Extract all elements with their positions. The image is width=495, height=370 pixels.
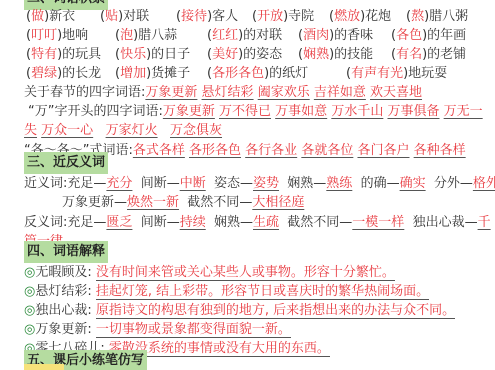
word: 万不得已 [219,104,271,119]
word: 各就各位 [301,143,353,158]
word: 万念俱灰 [170,123,222,138]
synonyms-line-2: 万象更新—焕然一新 截然不同—大相径庭 [62,192,304,214]
word: 各式各样 [133,143,185,158]
synonym-label: 近义词: [24,176,67,191]
word: 万事俱备 [387,104,439,119]
word: 万众一心 [41,123,93,138]
bullet-circle-icon: ◎ [24,265,35,280]
spring-label: 关于春节的四字词语: [24,85,145,100]
wan-label: “万”字开头的四字词语: [28,104,163,119]
word: 欢天喜地 [370,85,422,100]
word: 各种各样 [414,143,466,158]
section-heading-definitions: 四、词语解释 [24,241,108,263]
bullet-circle-icon: ◎ [24,303,35,318]
word: 万象更新 [145,85,197,100]
word: 万事如意 [275,104,327,119]
word: 万象更新 [163,104,215,119]
word: 各行各业 [245,143,297,158]
word: 悬灯结彩 [202,85,254,100]
word: 万家灯火 [106,123,158,138]
bullet-circle-icon: ◎ [24,284,35,299]
word: 万无一 [444,104,483,119]
word: 各门各户 [357,143,409,158]
wan-words-line-2: 失 万众一心 万家灯火 万念俱灰 [24,120,222,142]
antonyms-line-1: 反义词:充足—匮乏 间断—持续 娴熟—生疏 截然不同—一模一样 独出心裁—千 [24,212,491,234]
antonym-label: 反义词: [24,215,67,230]
bullet-circle-icon: ◎ [24,322,35,337]
word: 吉祥如意 [314,85,366,100]
word: 各形各色 [189,143,241,158]
section-heading-synonyms: 三、近反义词 [24,152,108,174]
word: 万水千山 [331,104,383,119]
word: 失 [24,123,37,138]
highlight-strip [24,364,64,370]
word: 阖家欢乐 [258,85,310,100]
